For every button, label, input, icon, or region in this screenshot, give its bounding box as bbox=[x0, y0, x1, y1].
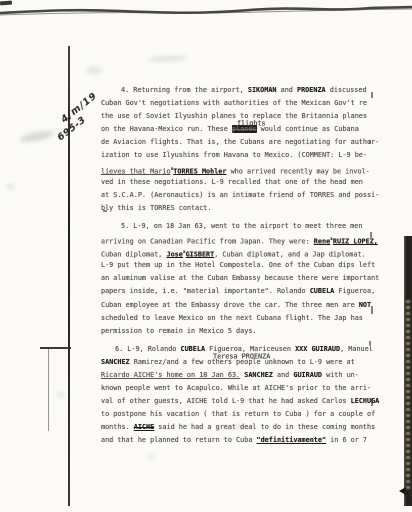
text-line: an aluminum valise at the Cuban Embassy … bbox=[101, 272, 367, 285]
text-line: de Aviacion flights. That is, the Cubans… bbox=[101, 136, 367, 149]
text-segment: CUBELA bbox=[310, 287, 335, 295]
text-segment: Cuban employee at the Embassy drove the … bbox=[101, 301, 359, 309]
text-line: Cuban employee at the Embassy drove the … bbox=[101, 299, 367, 312]
text-line: to postpone his vacation ( that is retur… bbox=[101, 408, 367, 421]
text-segment: papers inside, i.e. "material importante… bbox=[101, 287, 310, 295]
scan-smudge bbox=[148, 454, 155, 459]
text-line: scheduled to leave Mexico on the next Cu… bbox=[101, 312, 367, 325]
text-segment: NOT bbox=[359, 301, 371, 309]
text-line: on the Havana-Mexico run. These planes w… bbox=[101, 123, 367, 136]
text-segment: GUIRAUD bbox=[293, 371, 322, 379]
scan-smudge bbox=[86, 66, 102, 75]
text-segment: permission to remain in Mexico 5 days. bbox=[101, 327, 257, 335]
text-segment: SANCHEZ bbox=[244, 371, 273, 379]
handwritten-annotation: 4/m/19 695-3 bbox=[60, 91, 107, 135]
text-segment: known people went to Acapulco. While at … bbox=[101, 384, 371, 392]
text-segment: and bbox=[273, 371, 293, 379]
text-segment: Mario bbox=[150, 167, 170, 175]
text-segment: ization to use Ilyushins from Havana to … bbox=[101, 151, 367, 159]
text-line: and that he planned to return to Cuba "d… bbox=[101, 434, 367, 447]
scanned-document-page: 4/m/19 695-3 4. Returning from the airpo… bbox=[0, 0, 412, 512]
text-line: at S.C.A.P. (Aeronautics) is an intimate… bbox=[101, 189, 367, 202]
text-line: 4. Returning from the airport, SIKOMAN a… bbox=[101, 84, 367, 97]
text-line: bly this is TORRES contact. bbox=[101, 202, 367, 215]
scan-smudge bbox=[19, 129, 54, 145]
text-segment: PROENZA bbox=[297, 86, 326, 94]
text-line: ved in these negotiations. L-9 recalled … bbox=[101, 176, 367, 189]
text-segment: de Aviacion flights. That is, the Cubans… bbox=[101, 138, 379, 146]
para-4: 4. Returning from the airport, SIKOMAN a… bbox=[101, 84, 367, 215]
text-segment: Jose bbox=[166, 250, 182, 258]
text-line: permission to remain in Mexico 5 days. bbox=[101, 325, 367, 338]
text-segment: , Manuel bbox=[340, 345, 373, 353]
scan-left-rule-secondary bbox=[48, 349, 49, 431]
text-segment: CUBELA bbox=[180, 345, 205, 353]
text-line: Ricardo AICHE's home on 18 Jan 63. SANCH… bbox=[101, 369, 367, 382]
text-segment: SIKOMAN bbox=[248, 86, 277, 94]
text-line: val of other guests, AICHE told L-9 that… bbox=[101, 395, 367, 408]
para-6: 6. L-9, Rolando CUBELA Figueroa, Mariceu… bbox=[101, 343, 367, 448]
text-line: lieves that MarioxTORRES Mohler who arri… bbox=[101, 163, 367, 176]
text-line: the use of Soviet Ilyushin planes to rep… bbox=[101, 110, 367, 123]
text-segment: L-9 put them up in the Hotel Compostela.… bbox=[101, 261, 375, 269]
scan-smudge bbox=[148, 55, 188, 62]
text-line: Cuban Gov't negotiations with authoritie… bbox=[101, 97, 367, 110]
text-segment: GISBERT bbox=[186, 250, 215, 258]
scan-tick bbox=[371, 92, 373, 98]
text-segment: and that he planned to return to Cuba bbox=[101, 436, 257, 444]
text-segment: Teresa PROENZA bbox=[213, 352, 270, 360]
text-segment: 6. L-9, Rolando bbox=[115, 345, 180, 353]
text-segment: Figueroa, bbox=[334, 287, 375, 295]
scan-right-binding-notch bbox=[399, 487, 406, 495]
text-segment: XXX GUIRAUD bbox=[295, 345, 340, 353]
text-line: Cuban diplomat, JosexGISBERT, Cuban dipl… bbox=[101, 246, 367, 259]
text-segment: "definitivamente" bbox=[257, 436, 327, 444]
text-segment: lieves that bbox=[101, 167, 150, 175]
text-segment: scheduled to leave Mexico on the next Cu… bbox=[101, 314, 363, 322]
text-segment: AICHE bbox=[134, 423, 154, 431]
text-segment: TORRES Mohler bbox=[173, 167, 226, 175]
text-segment: months. bbox=[101, 423, 134, 431]
text-segment: SANCHEZ bbox=[101, 358, 130, 366]
text-line: papers inside, i.e. "material importante… bbox=[101, 285, 367, 298]
text-segment: who arrived recently may be invol- bbox=[227, 167, 370, 175]
scan-top-edge-line bbox=[0, 0, 412, 22]
text-line: months. AICHE said he had a great deal t… bbox=[101, 421, 367, 434]
text-segment: the use of Soviet Ilyushin planes to rep… bbox=[101, 112, 367, 120]
text-segment: would continue as Cubana bbox=[257, 125, 359, 133]
text-segment: 4. Returning from the airport, bbox=[121, 86, 248, 94]
text-segment: said he had a great deal to do in these … bbox=[154, 423, 375, 431]
text-segment: ved in these negotiations. L-9 recalled … bbox=[101, 178, 363, 186]
text-segment: arriving on Canadian Pacific from Japan.… bbox=[101, 237, 314, 245]
text-segment: val of other guests, AICHE told L-9 that… bbox=[101, 397, 351, 405]
text-line: ization to use Ilyushins from Havana to … bbox=[101, 149, 367, 162]
scan-smudge bbox=[6, 184, 14, 189]
text-segment: Rene bbox=[314, 237, 330, 245]
text-segment: discussed bbox=[326, 86, 367, 94]
scan-right-binding-band bbox=[404, 236, 412, 506]
text-segment: to postpone his vacation ( that is retur… bbox=[101, 410, 375, 418]
text-segment: an aluminum valise at the Cuban Embassy … bbox=[101, 274, 379, 282]
text-line: L-9 put them up in the Hotel Compostela.… bbox=[101, 259, 367, 272]
text-segment: , Cuban diplomat, and a Jap diplomat. bbox=[214, 250, 365, 258]
text-segment: with un- bbox=[322, 371, 359, 379]
text-segment: at S.C.A.P. (Aeronautics) is an intimate… bbox=[101, 191, 379, 199]
text-segment: in 6 or 7 bbox=[326, 436, 367, 444]
scan-smudge bbox=[56, 392, 65, 397]
text-segment: 5. L-9, on 18 Jan 63, went to the airpor… bbox=[121, 222, 362, 230]
text-segment: flights bbox=[237, 120, 266, 128]
scan-corner-mark bbox=[0, 1, 12, 6]
scan-tick bbox=[371, 306, 373, 314]
typed-text-column: 4. Returning from the airport, SIKOMAN a… bbox=[101, 84, 367, 448]
text-segment: and bbox=[277, 86, 297, 94]
text-segment: bly this is TORRES contact. bbox=[101, 204, 212, 212]
text-line: 5. L-9, on 18 Jan 63, went to the airpor… bbox=[101, 220, 367, 233]
text-line: known people went to Acapulco. While at … bbox=[101, 382, 367, 395]
text-segment: RUIZ LOPEZ, bbox=[333, 237, 378, 245]
text-segment: Cuban diplomat, bbox=[101, 250, 166, 258]
text-segment: on the Havana-Mexico run. These bbox=[101, 125, 232, 133]
text-segment: Ricardo AICHE's home on 18 Jan 63. bbox=[101, 371, 240, 379]
scan-left-tick bbox=[40, 347, 71, 349]
text-segment: LECHUGA bbox=[351, 397, 380, 405]
para-5: 5. L-9, on 18 Jan 63, went to the airpor… bbox=[101, 220, 367, 338]
text-line: arriving on Canadian Pacific from Japan.… bbox=[101, 233, 367, 246]
text-segment: Cuban Gov't negotiations with authoritie… bbox=[101, 99, 367, 107]
scan-right-binding-texture bbox=[406, 300, 410, 490]
